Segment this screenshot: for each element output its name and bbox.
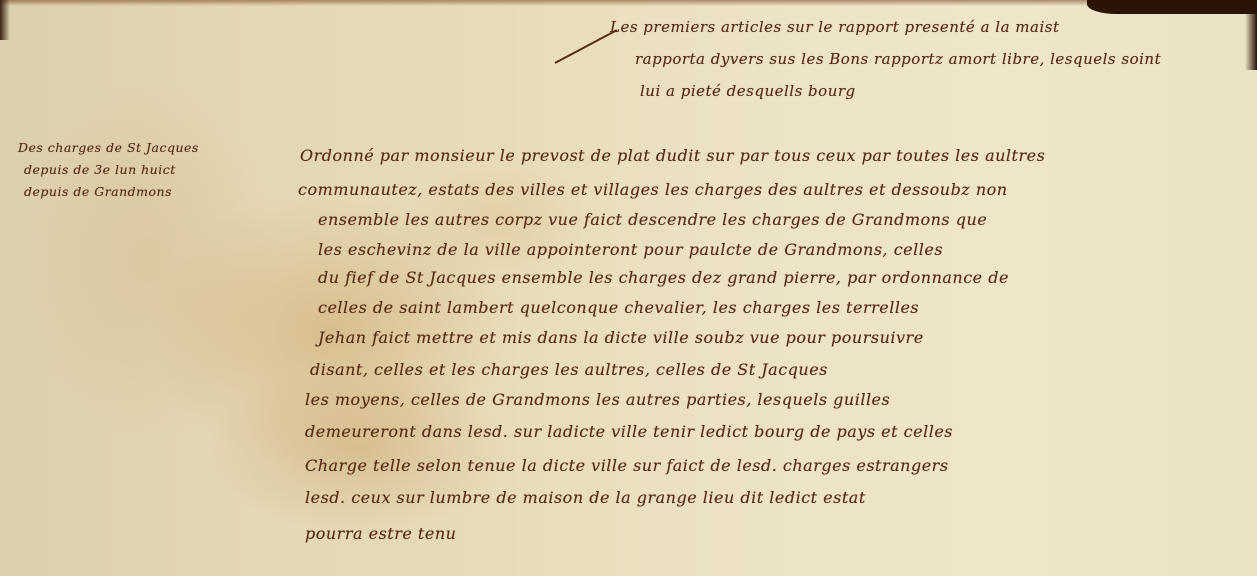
body-line: lesd. ceux sur lumbre de maison de la gr… bbox=[305, 488, 866, 507]
heading-line: rapporta dyvers sus les Bons rapportz am… bbox=[635, 50, 1161, 68]
body-line: ensemble les autres corpz vue faict desc… bbox=[318, 210, 987, 229]
manuscript-page: Les premiers articles sur le rapport pre… bbox=[0, 0, 1257, 576]
margin-note-line: depuis de 3e lun huict bbox=[24, 162, 176, 177]
body-line: pourra estre tenu bbox=[305, 524, 456, 543]
margin-note-line: Des charges de St Jacques bbox=[18, 140, 199, 155]
binding-shadow bbox=[0, 0, 10, 40]
body-line: disant, celles et les charges les aultre… bbox=[310, 360, 828, 379]
heading-line: lui a pieté desquells bourg bbox=[640, 82, 856, 100]
initial-flourish bbox=[555, 29, 618, 64]
body-line: demeureront dans lesd. sur ladicte ville… bbox=[305, 422, 953, 441]
page-top-edge bbox=[0, 0, 1257, 6]
body-line: Ordonné par monsieur le prevost de plat … bbox=[300, 146, 1045, 165]
body-line: communautez, estats des villes et villag… bbox=[298, 180, 1008, 199]
page-edge-shadow bbox=[1245, 0, 1257, 70]
heading-line: Les premiers articles sur le rapport pre… bbox=[610, 18, 1060, 36]
page-corner-shadow bbox=[1087, 0, 1257, 14]
margin-note-line: depuis de Grandmons bbox=[24, 184, 172, 199]
body-line: Jehan faict mettre et mis dans la dicte … bbox=[318, 328, 924, 347]
body-line: les eschevinz de la ville appointeront p… bbox=[318, 240, 943, 259]
body-line: Charge telle selon tenue la dicte ville … bbox=[305, 456, 949, 475]
body-line: les moyens, celles de Grandmons les autr… bbox=[305, 390, 890, 409]
body-line: celles de saint lambert quelconque cheva… bbox=[318, 298, 919, 317]
body-line: du fief de St Jacques ensemble les charg… bbox=[318, 268, 1009, 287]
